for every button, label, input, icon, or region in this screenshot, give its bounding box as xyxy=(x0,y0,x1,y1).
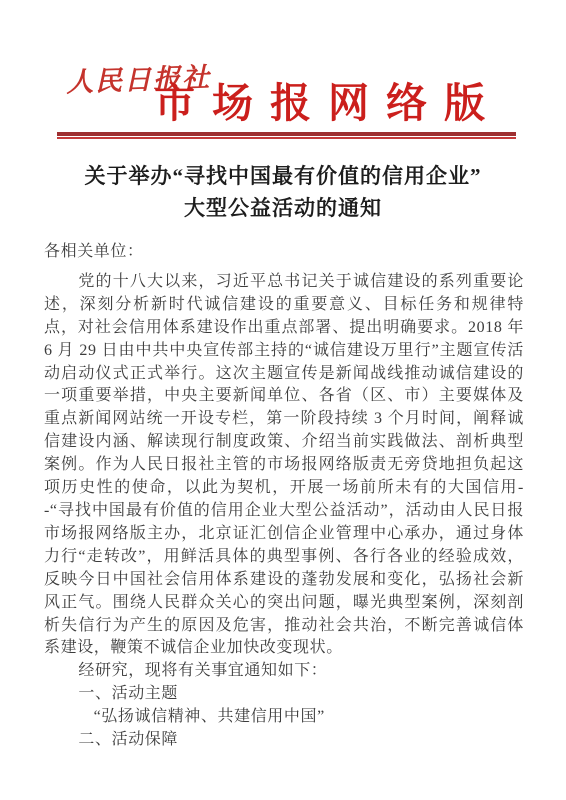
item-1-content: “弘扬诚信精神、共建信用中国” xyxy=(44,706,524,729)
item-1-heading: 一、活动主题 xyxy=(44,683,524,706)
paragraph-intro: 经研究，现将有关事宜通知如下： xyxy=(44,660,524,683)
masthead-title: 市场报网络版 xyxy=(154,78,502,128)
document-title: 关于举办“寻找中国最有价值的信用企业” 大型公益活动的通知 xyxy=(0,160,566,224)
document-body: 各相关单位： 党的十八大以来，习近平总书记关于诚信建设的系列重要论述，深刻分析新… xyxy=(44,241,524,752)
salutation: 各相关单位： xyxy=(44,241,524,264)
document-title-line2: 大型公益活动的通知 xyxy=(0,192,566,224)
item-2-heading: 二、活动保障 xyxy=(44,729,524,752)
document-page: 人民日报社 市场报网络版 关于举办“寻找中国最有价值的信用企业” 大型公益活动的… xyxy=(0,0,566,800)
paragraph-main: 党的十八大以来，习近平总书记关于诚信建设的系列重要论述，深刻分析新时代诚信建设的… xyxy=(44,271,524,660)
divider-thin-line xyxy=(57,137,516,139)
masthead-divider xyxy=(57,132,516,139)
document-title-line1: 关于举办“寻找中国最有价值的信用企业” xyxy=(0,160,566,192)
divider-thick-line xyxy=(57,132,516,136)
